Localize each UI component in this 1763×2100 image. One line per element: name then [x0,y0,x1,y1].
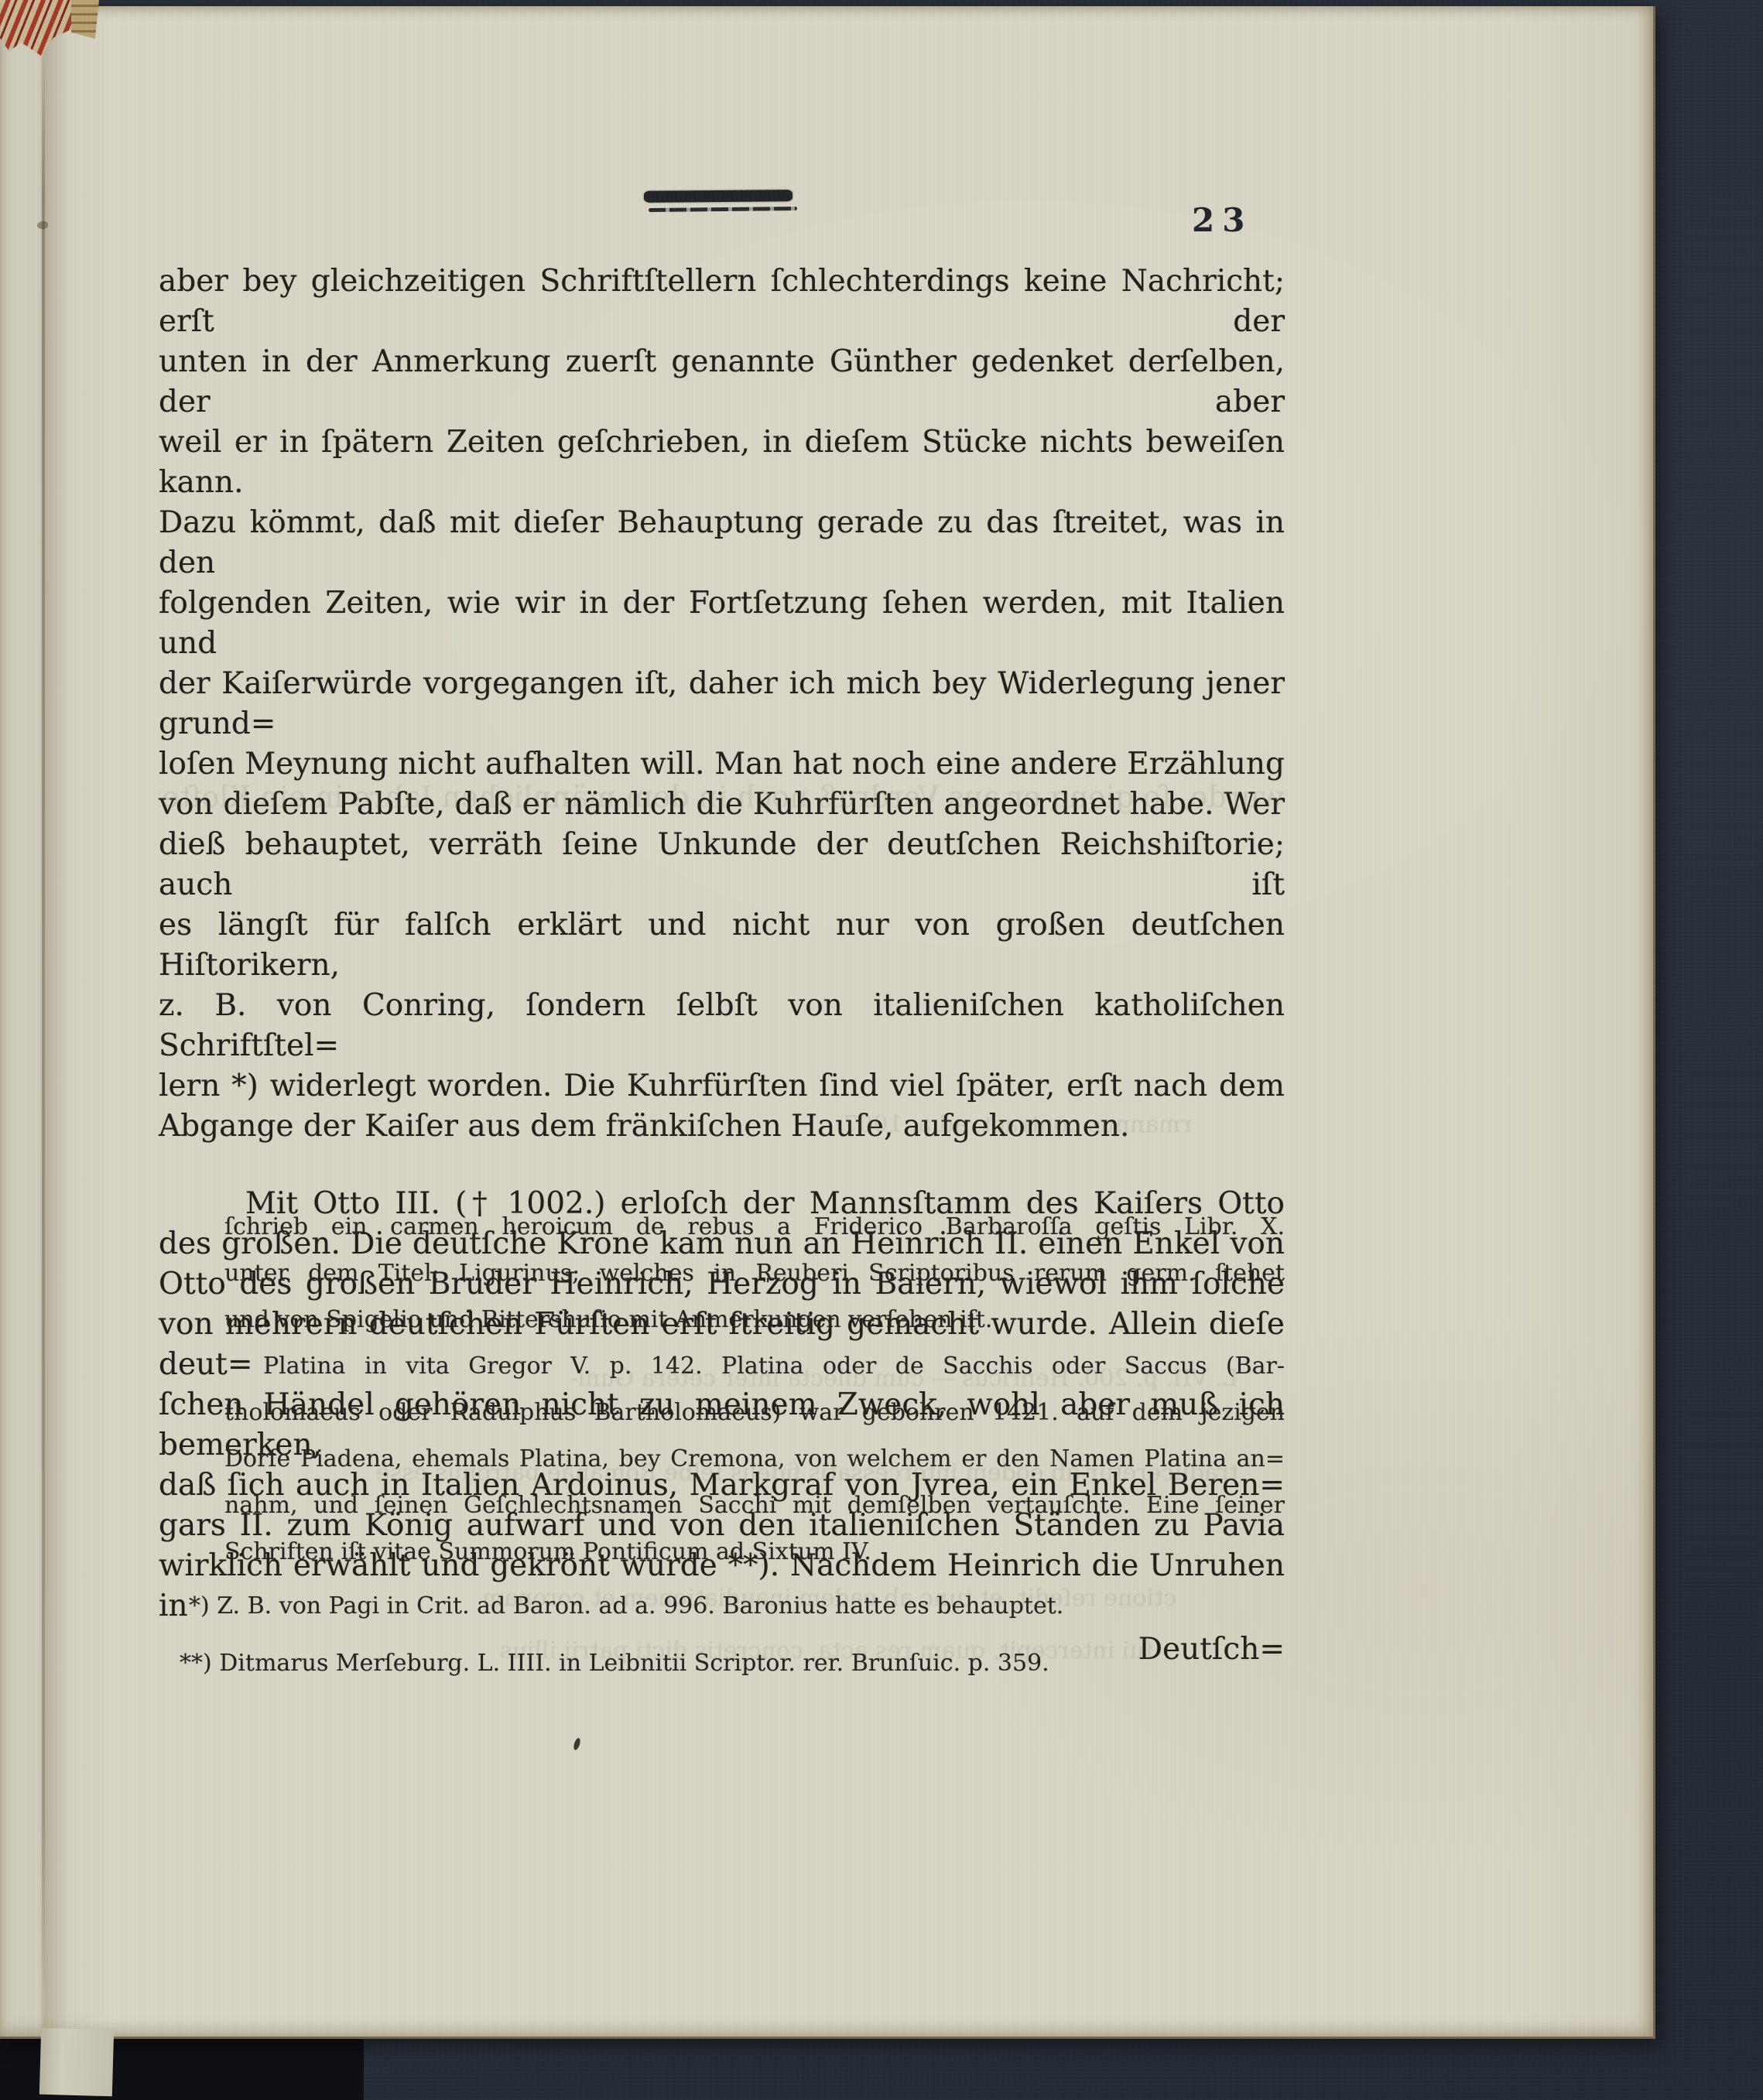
body-line: lern *) widerlegt worden. Die Kuhrfürſte… [159,1066,1285,1106]
ink-bleedthrough: rmannus contract. ad a. 1007. [697,1111,1192,1138]
footnote-line: unter dem Titel: Ligurinus; welches in R… [180,1250,1285,1297]
body-line: aber bey gleichzeitigen Schriftſtellern … [159,262,1285,342]
body-line: weil er in ſpätern Zeiten geſchrieben, i… [159,422,1285,503]
ink-bleedthrough: L. VII. p. 200. Henricus — cum dilecta i… [232,1365,1238,1392]
headband-fragment [71,0,99,39]
ink-bleedthrough: wurde, ſo gieng er aus Verdruß noch in d… [159,780,1285,814]
footnote-line: Schriften iſt vitae Summorum Pontificum … [180,1529,1285,1575]
ink-bleedthrough: ctione reſedit, et tunc ab eadem inaudia… [248,1585,1176,1612]
body-line: dieß behauptet, verräth ſeine Unkunde de… [159,825,1285,905]
body-line: loſen Meynung nicht aufhalten will. Man … [159,744,1285,785]
section-rule-thin [649,207,797,212]
marbled-spine-fragment [0,0,76,56]
body-line: es längſt für falſch erklärt und nicht n… [159,905,1285,986]
ink-bleedthrough: traduceretur ab eodem intercessatis fide… [232,1459,1238,1486]
body-line: Dazu kömmt, daß mit dieſer Behauptung ge… [159,503,1285,583]
ink-speck [573,1737,582,1750]
section-rule-thick [644,190,792,203]
body-line: der Kaiſerwürde vorgegangen iſt, daher i… [159,664,1285,744]
paper-notch [37,221,48,229]
footnote-line: und von Spigelio und Rittershuſio mit An… [180,1297,1285,1343]
footnote-line: nahm, und ſeinen Geſchlechtsnamen Sacchi… [180,1483,1285,1529]
footnote-line: tholomaeus oder Radulphus Bartholomaeus)… [180,1390,1285,1436]
body-line: folgenden Zeiten, wie wir in der Fortſet… [159,583,1285,664]
footnote-line: ſchrieb ein carmen heroicum de rebus a F… [180,1204,1285,1250]
body-line: z. B. von Conring, ſondern ſelbſt von it… [159,986,1285,1066]
paragraph-1: aber bey gleichzeitigen Schriftſtellern … [159,262,1285,1147]
page-number: 23 [1192,201,1252,239]
gutter-crease [42,37,45,2003]
book-page: 23 aber bey gleichzeitigen Schriftſtelle… [0,6,1655,2039]
ink-bleedthrough: ſui intercepit, quam res acta, concretis… [255,1637,1153,1664]
footnotes: ſchrieb ein carmen heroicum de rebus a F… [180,1204,1285,1687]
body-line: unten in der Anmerkung zuerſt genannte G… [159,342,1285,422]
underlying-page-edge [39,2028,114,2097]
scan-backdrop: 23 aber bey gleichzeitigen Schriftſtelle… [0,0,1763,2100]
